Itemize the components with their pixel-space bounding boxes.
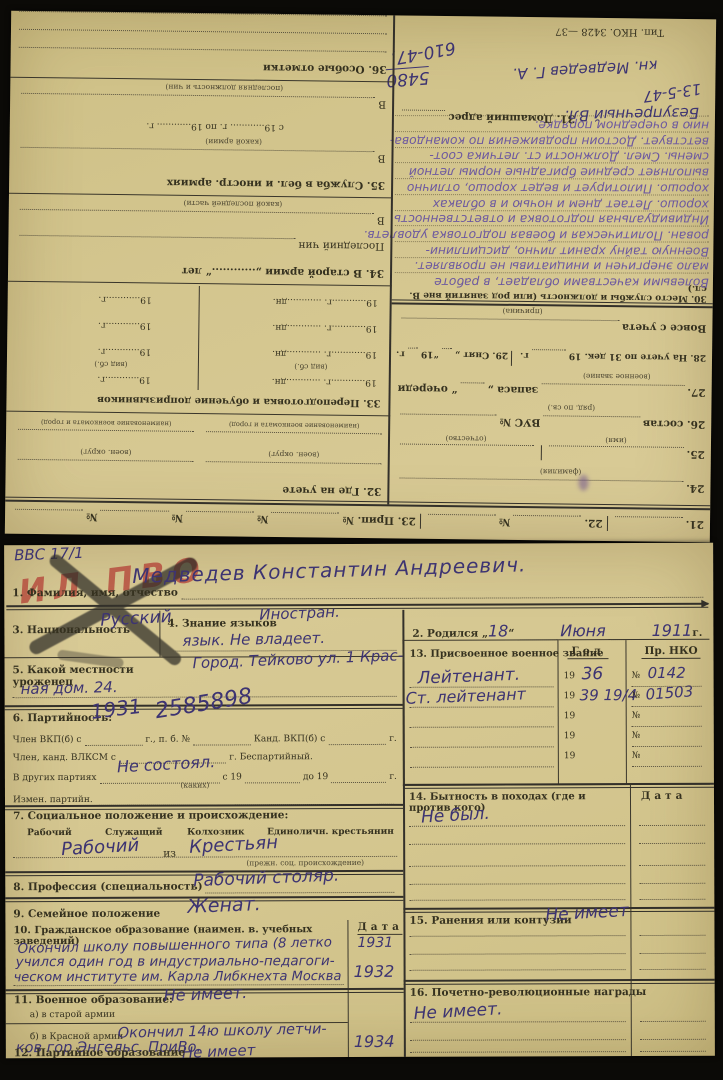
dotted-line (400, 413, 497, 427)
wounds-handwriting: Не имеет (545, 903, 629, 925)
order-no-prefix: № (632, 672, 641, 682)
year-suffix: г. (389, 735, 397, 745)
education-handwriting-3: ческом институте им. Карла Либкнехта Мос… (14, 970, 342, 985)
date-column-header: Дата (357, 922, 402, 935)
vus-label: ВУС № (500, 415, 541, 427)
rank-table: 13. Присвоенное военное звание Год Пр. Н… (402, 639, 710, 786)
which-army-row: В (17, 147, 385, 164)
old-army-sublabel: а) в старой армии (30, 1011, 115, 1021)
year-suffix: г. (389, 773, 397, 783)
dotted-line (639, 843, 705, 844)
military-district-sublabel: (воен. округ) (206, 449, 382, 460)
field-21-label: 21. (686, 517, 704, 529)
field-23-label: 23. Прип. № (342, 513, 416, 525)
quote-close: “ (433, 348, 438, 358)
dotted-line (15, 509, 83, 523)
field-36-label: 36. Особые отметки (263, 61, 387, 74)
marital-status-handwriting: Женат. (187, 895, 261, 918)
address-note-handwriting: Безупречный Вл. (564, 104, 699, 123)
dotted-line (100, 510, 168, 524)
order-number-handwriting: 0142 (648, 666, 686, 682)
field-1-row: 1. Фамилия, имя, отчество (12, 585, 706, 600)
field-8-label: 8. Профессия (специальность) (13, 882, 202, 894)
vkpb-member-row: Член ВКП(б) с г., п. б. № Канд. ВКП(б) с… (13, 732, 397, 746)
field-9-label: 9. Семейное положение (13, 909, 160, 921)
dotted-line (543, 415, 640, 429)
retraining-cell: 19............г. ............дн. (272, 347, 377, 358)
dotted-line (206, 461, 382, 464)
last-position-row: В (18, 93, 386, 110)
dotted-line (609, 627, 649, 640)
in-label: В (378, 97, 386, 109)
dotted-line (549, 445, 684, 460)
date-column-header: Дата (641, 791, 686, 803)
field-16-label: 16. Почетно-революционные награды (410, 987, 647, 999)
attestation-handwriting: Волевыми качествами обладает, в работе м… (395, 115, 709, 288)
dotted-line (410, 969, 626, 971)
dotted-line (513, 515, 581, 529)
dotted-line (532, 349, 566, 362)
last-unit-row: В (17, 209, 385, 226)
dotted-line (19, 11, 387, 16)
dotted-line (640, 1051, 706, 1052)
commissariat-sublabel: (наименование военкомата и город) (206, 420, 382, 430)
in-label: В (378, 151, 386, 163)
card-back-upside-down: 21. 22. № 23. Прип. № № № № 24. (фамилия… (5, 11, 716, 543)
dotted-line (410, 766, 554, 768)
no-label: № (257, 512, 269, 524)
birthplace-handwriting-2: ная дом. 24. (20, 680, 117, 698)
field-31-row: 31. Домашний адрес (399, 109, 575, 124)
rule (6, 411, 390, 417)
order-label: “ очереди (398, 381, 458, 393)
dotted-line (639, 899, 705, 900)
languages-handwriting-1: Иностран. (259, 605, 340, 624)
dotted-line (399, 477, 683, 493)
field-25-label: 25. (687, 447, 705, 459)
birth-day-handwriting: 18 (488, 623, 508, 640)
no-label: № (499, 515, 511, 527)
rank-year-handwriting: 36 (582, 666, 604, 684)
from-label: из (163, 849, 176, 861)
section-rule (403, 783, 714, 789)
category-peasant: Единоличн. крестьянин (267, 828, 394, 838)
rank-handwriting: Ст. лейтенант (405, 686, 526, 707)
dotted-line (410, 746, 554, 748)
dotted-line (410, 726, 554, 728)
dotted-line (632, 746, 702, 747)
training-type-sublabel: (вид сб.) (61, 359, 161, 369)
year-19-prefix: 19 (564, 692, 575, 702)
fields-32-36-column: 32. Где на учете (воен. округ) (воен. ок… (5, 11, 395, 505)
party-card-number-handwriting: 2585898 (153, 685, 253, 723)
retraining-cell: 19............г. (97, 373, 150, 384)
campaigns-handwriting: Не был. (421, 806, 491, 828)
last-rank-label: Последний чин (298, 238, 384, 251)
training-type-sublabel: (вид сб.) (261, 362, 361, 372)
attestation-line: рован. Политическая и боевая подготовка … (395, 225, 709, 241)
dotted-line (410, 953, 626, 955)
field-24-row: 24. (396, 477, 704, 494)
card-no-label: г., п. б. № (145, 736, 190, 746)
dotted-line (640, 1039, 706, 1040)
other-parties-label: В других партиях (13, 774, 97, 784)
birthplace-handwriting-1: Город. Тейково ул. 1 Крас- (192, 648, 403, 672)
record-card-front: ВВС 17/1 ИЛ ПВО 1. Фамилия, имя, отчеств… (4, 543, 715, 1058)
field-26-label: 26. состав (643, 416, 705, 428)
order-no-prefix: № (632, 692, 641, 702)
field-32-label: 32. Где на учете (282, 484, 381, 497)
year-column-header: Год (567, 646, 608, 659)
education-date-1932: 1932 (354, 964, 395, 981)
attestation-line: хорошо. Пилотирует и ведет хорошо, отлич… (395, 178, 709, 194)
commissariat-sublabel: (наименование военкомата и город) (18, 418, 194, 428)
in-label: В (377, 213, 385, 225)
attestation-line: Волевыми качествами обладает, в работе (395, 272, 709, 288)
education-date-1931: 1931 (357, 936, 393, 951)
dotted-line (632, 726, 702, 727)
retraining-cell: 19............г. ............дн. (272, 375, 377, 386)
dotted-line (19, 47, 387, 52)
order-no-prefix: № (632, 732, 641, 742)
attestation-line: Военную тайну хранит лично, дисциплини- (395, 241, 709, 257)
dotted-line (640, 953, 706, 954)
service-years-label: с 19............ г. по 19............ г. (146, 119, 284, 131)
which-army-sublabel: (какой армии) (144, 136, 324, 147)
dotted-line (271, 512, 339, 526)
dotted-line (19, 29, 387, 34)
retraining-cell: 19............г. (98, 293, 151, 304)
dotted-line (18, 459, 194, 462)
table-divider (625, 640, 627, 784)
rank-year-handwriting: 39 19/4 (580, 688, 638, 704)
patronymic-sublabel: (отчество) (411, 434, 521, 444)
field-12-label: 12. Партийное образование (14, 1048, 185, 1060)
table-divider (557, 640, 559, 784)
dotted-line (410, 1039, 626, 1041)
dotted-line (409, 899, 625, 901)
field-7-label: 7. Социальное положение и происхождение: (13, 810, 288, 823)
dotted-line (328, 732, 386, 745)
removed-label: Вовсе с учета (622, 320, 706, 333)
no-label: № (172, 511, 184, 523)
dotted-line (84, 733, 142, 746)
dotted-line (19, 235, 295, 251)
attestation-line: ветствует. Достоин продвижения по команд… (395, 131, 709, 147)
rank-category-sublabel: (ряд. по св.) (516, 403, 626, 413)
year-19-prefix: 19 (564, 732, 575, 742)
field-1-label: 1. Фамилия, имя, отчество (12, 588, 178, 600)
last-unit-sublabel: (какой последней части) (143, 198, 323, 209)
dotted-line (632, 766, 702, 767)
no-label: № (86, 510, 98, 522)
birth-month-handwriting: Июня (560, 623, 606, 640)
dotted-line (615, 516, 683, 530)
field-24-label: 24. (686, 481, 704, 493)
candidate-label: Канд. ВКП(б) с (254, 735, 325, 745)
dotted-line (401, 318, 619, 334)
dotted-line (409, 865, 625, 867)
dotted-line (517, 627, 557, 640)
field-33-label: 33. Переподготовка и обучение допризывни… (97, 394, 381, 408)
field-27-label: 27. (687, 385, 705, 397)
divider-tick (420, 514, 421, 529)
divider-tick (511, 351, 512, 366)
name-sublabel: (имя) (561, 435, 671, 445)
retraining-cell: 19............г. ............дн. (273, 295, 378, 306)
party-education-handwriting: Не имеет (182, 1043, 256, 1062)
attestation-line: хорошо. Летает днем и ночью и в облаках (395, 194, 709, 210)
dotted-line (639, 883, 705, 884)
dotted-line (460, 382, 484, 395)
nationality-handwriting: Русский (100, 609, 172, 631)
dotted-line (428, 514, 496, 528)
attestation-line: смены. Смел. Должности ст. летчика соот- (395, 147, 709, 163)
order-column-header: Пр. НКО (641, 646, 700, 659)
year-19-prefix: 19 (564, 712, 575, 722)
date-column-divider (630, 783, 632, 1056)
order-no-prefix: № (632, 712, 641, 722)
reserve-label: запаса „ (487, 383, 538, 395)
order-no-prefix: № (632, 752, 641, 762)
dotted-line (193, 732, 251, 745)
removed-from-register-row: Вовсе с учета (398, 317, 706, 334)
section-rule (404, 979, 715, 985)
military-education-date-1934: 1934 (354, 1034, 395, 1051)
party-year-handwriting: 1931 (90, 696, 143, 723)
field-22-label: 22. (584, 516, 602, 528)
dotted-line (409, 843, 625, 845)
year-19-prefix: 19 (564, 752, 575, 762)
dotted-line (402, 109, 446, 123)
field-26-row: 26. состав ВУС № (397, 413, 705, 430)
dotted-line (639, 935, 705, 936)
dotted-line (410, 706, 554, 708)
non-party-label: г. Беспартийный. (229, 753, 313, 763)
dotted-line (442, 348, 452, 361)
number-note-610-47: 610-47, (389, 37, 457, 66)
field-31-label: 31. Домашний адрес (448, 110, 575, 123)
dotted-line (181, 585, 703, 600)
field-21-23-strip: 21. 22. № 23. Прип. № № № № (12, 509, 704, 532)
dotted-line (410, 1051, 626, 1053)
dotted-line (640, 969, 706, 970)
dotted-line (206, 431, 382, 434)
field-27-row: 27. запаса „ “ очереди (398, 381, 706, 398)
print-code: Тип. НКО. 3428 —37 (555, 25, 664, 37)
attestation-line: Индивидуальная подготовка и ответственно… (395, 210, 709, 226)
dotted-line (541, 383, 684, 398)
attestation-line: мало энергичен и инициативы не проявляет… (395, 257, 709, 273)
which-parties-sublabel: (каких) (155, 780, 235, 789)
to-19-label: до 19 (303, 773, 328, 783)
field-29-label: 29. Снят „ (455, 348, 508, 359)
surname-sublabel: (фамилия) (471, 466, 651, 477)
dotted-line (409, 883, 625, 885)
divider-tick (607, 516, 608, 531)
year-suffix: г. (520, 349, 529, 359)
dotted-line (20, 209, 374, 226)
dotted-line (639, 825, 705, 826)
year-19-prefix: 19 (564, 672, 575, 682)
social-origin-handwriting: Крестьян (189, 834, 279, 858)
dotted-line (18, 429, 194, 432)
field-28-row: 28. На учете по 31 дек. 19 г. (520, 349, 706, 364)
dotted-line (410, 1021, 626, 1023)
languages-handwriting-2: язык. Не владеет. (182, 631, 325, 650)
military-district-sublabel: (воен. округ) (18, 447, 194, 458)
retraining-cell: 19............г. ............дн. (272, 321, 377, 332)
education-handwriting-2: учился один год в индустриально-педагоги… (16, 954, 335, 969)
field-29-row: 29. Снят „ “ 19 г. (396, 347, 508, 361)
field-25-row: 25. (397, 443, 705, 462)
dotted-line (331, 770, 386, 783)
dotted-line (400, 443, 535, 458)
dotted-line (186, 511, 254, 525)
divider-tick (541, 445, 542, 460)
date-note-handwriting: 13-5-47 (642, 80, 702, 104)
military-rank-sublabel: (военное звание) (552, 371, 682, 382)
field-2-row: 2. Родился „ 18 “ Июня 1911 г. (412, 623, 702, 641)
year-suffix: г. (396, 347, 405, 357)
dotted-line (408, 348, 418, 361)
dotted-line (632, 706, 702, 707)
dotted-line (245, 770, 300, 783)
field-11-label: 11. Военное образование: (14, 995, 173, 1007)
reason-sublabel: (причина) (463, 306, 583, 316)
dotted-line (409, 935, 625, 937)
vlksm-label: Член, канд. ВЛКСМ с (13, 754, 116, 764)
military-education-handwriting: Не имеет. (163, 985, 247, 1005)
dotted-line (21, 93, 375, 110)
table-divider (198, 286, 200, 390)
signature-note-handwriting: кн. Медведев Г. А. (512, 57, 658, 81)
category-worker: Рабочий (27, 829, 72, 839)
last-rank-row: Последний чин (16, 235, 384, 252)
last-position-sublabel: (последняя должность и чин) (124, 82, 324, 93)
dotted-line (640, 1021, 706, 1022)
rule (10, 77, 394, 83)
birth-year-handwriting: 1911 (652, 623, 693, 640)
rule (8, 281, 392, 287)
field-35-label: 35. Служба в бел. и иностр. армиях (167, 176, 385, 190)
rule (9, 193, 393, 199)
year-19: 19 (421, 348, 434, 358)
order-number-handwriting: 01503 (645, 684, 694, 703)
dotted-line (409, 825, 625, 827)
attestation-line: выполняет средние бригадные нормы летной (395, 163, 709, 179)
dotted-line (20, 147, 374, 164)
vkpb-label: Член ВКП(б) с (13, 736, 82, 746)
retraining-cell: 19............г. (98, 345, 151, 356)
field-34-label: 34. В старой армии „............“ лет (181, 264, 384, 278)
dotted-line (639, 865, 705, 866)
scanned-document-photo: 21. 22. № 23. Прип. № № № № 24. (фамилия… (0, 0, 723, 1080)
retraining-cell: 19............г. (98, 319, 151, 330)
field-28-label: 28. На учете по 31 дек. 19 (569, 350, 706, 362)
